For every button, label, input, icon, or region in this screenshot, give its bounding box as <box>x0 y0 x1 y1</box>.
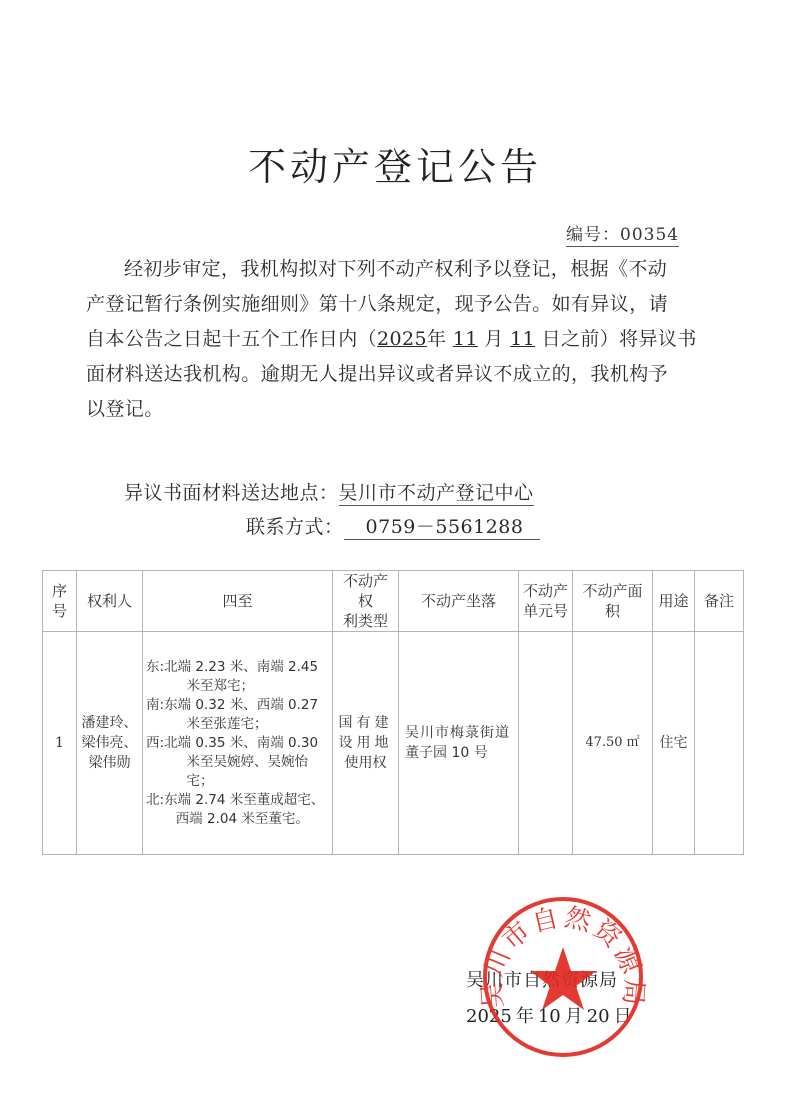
issue-date: 2025年10月20日 <box>466 1002 636 1028</box>
issue-date-day: 20 <box>587 1006 610 1027</box>
svg-text:吴川市自然资源局: 吴川市自然资源局 <box>478 903 648 1010</box>
boundary-north-cont: 西端 2.04 米至董宅。 <box>176 810 329 829</box>
cell-holders: 潘建玲、 梁伟亮、 梁伟勋 <box>77 632 143 855</box>
header-usage: 用途 <box>653 571 695 632</box>
table-row: 1 潘建玲、 梁伟亮、 梁伟勋 东:北端 2.23 米、南端 2.45米至郑宅；… <box>43 632 744 855</box>
deadline-day: 11 <box>510 328 535 350</box>
document-number: 编号：00354 <box>566 220 679 247</box>
location-line-1: 吴川市梅菉街道 <box>405 723 515 743</box>
page-title: 不动产登记公告 <box>0 136 790 191</box>
boundary-south-cont: 米至张莲宅； <box>176 715 329 734</box>
header-unit-no-line-1: 不动产 <box>522 581 569 601</box>
boundary-east: 东:北端 2.23 米、南端 2.45米至郑宅； <box>146 658 329 696</box>
boundary-west-cont: 米至吴婉婷、吴婉怡宅； <box>176 753 329 791</box>
notice-body: 经初步审定，我机构拟对下列不动产权利予以登记，根据《不动 产登记暂行条例实施细则… <box>86 252 712 427</box>
header-holder: 权利人 <box>77 571 143 632</box>
boundary-west: 西:北端 0.35 米、南端 0.30米至吴婉婷、吴婉怡宅； <box>146 734 329 791</box>
right-type-line-1: 国有建 <box>336 713 395 733</box>
month-label: 月 <box>484 328 503 350</box>
contact-info: 联系方式：0759－5561288 <box>246 512 540 540</box>
cell-boundaries: 东:北端 2.23 米、南端 2.45米至郑宅； 南:东端 0.32 米、西端 … <box>143 632 333 855</box>
issue-date-year: 2025 <box>466 1006 512 1027</box>
body-line-2: 产登记暂行条例实施细则》第十八条规定，现予公告。如有异议，请 <box>86 287 712 322</box>
holder-2: 梁伟亮、 <box>80 733 139 753</box>
header-right-type-line-2: 利类型 <box>336 611 395 631</box>
header-unit-no-line-2: 单元号 <box>522 601 569 621</box>
boundary-north: 北:东端 2.74 米至董成超宅、西端 2.04 米至董宅。 <box>146 791 329 829</box>
holder-3: 梁伟勋 <box>80 753 139 773</box>
body-line-4: 面材料送达我机构。逾期无人提出异议或者异议不成立的，我机构予 <box>86 357 712 392</box>
header-right-type-line-1: 不动产权 <box>336 571 395 611</box>
issue-date-year-label: 年 <box>516 1006 534 1027</box>
cell-area: 47.50 ㎡ <box>573 632 653 855</box>
holder-1: 潘建玲、 <box>80 713 139 733</box>
boundary-east-text: 北端 2.23 米、南端 2.45 <box>164 659 318 675</box>
boundary-east-cont: 米至郑宅； <box>176 677 329 696</box>
header-remarks: 备注 <box>695 571 744 632</box>
boundary-north-dir: 北: <box>146 792 164 808</box>
boundary-east-dir: 东: <box>146 659 164 675</box>
contact-phone: 0759－5561288 <box>344 512 540 540</box>
header-unit-no: 不动产单元号 <box>519 571 573 632</box>
body-line-3-suffix: 日之前）将异议书 <box>542 328 697 350</box>
cell-right-type: 国有建 设用地 使用权 <box>333 632 399 855</box>
boundary-south-dir: 南: <box>146 697 164 713</box>
document-number-value: 00354 <box>620 225 679 245</box>
issuer-name: 吴川市自然资源局 <box>466 966 618 992</box>
cell-unit-no <box>519 632 573 855</box>
document-number-label: 编号： <box>566 225 620 245</box>
right-type-line-3: 使用权 <box>336 753 395 773</box>
cell-seq: 1 <box>43 632 77 855</box>
cell-location: 吴川市梅菉街道 董子园 10 号 <box>399 632 519 855</box>
objection-address: 异议书面材料送达地点：吴川市不动产登记中心 <box>124 478 534 505</box>
body-line-3: 自本公告之日起十五个工作日内（2025年 11 月 11 日之前）将异议书 <box>86 322 712 357</box>
body-line-5: 以登记。 <box>86 392 712 427</box>
boundary-west-text: 北端 0.35 米、南端 0.30 <box>164 735 318 751</box>
boundary-south: 南:东端 0.32 米、西端 0.27米至张莲宅； <box>146 696 329 734</box>
boundary-north-text: 东端 2.74 米至董成超宅、 <box>164 792 324 808</box>
body-line-1: 经初步审定，我机构拟对下列不动产权利予以登记，根据《不动 <box>86 252 712 287</box>
boundary-south-text: 东端 0.32 米、西端 0.27 <box>164 697 318 713</box>
header-boundaries: 四至 <box>143 571 333 632</box>
deadline-year: 2025 <box>377 328 427 350</box>
issue-date-day-label: 日 <box>614 1006 632 1027</box>
objection-address-label: 异议书面材料送达地点： <box>124 482 339 504</box>
header-right-type: 不动产权利类型 <box>333 571 399 632</box>
header-seq: 序号 <box>43 571 77 632</box>
cell-remarks <box>695 632 744 855</box>
right-type-line-2: 设用地 <box>336 733 395 753</box>
deadline-month: 11 <box>453 328 478 350</box>
location-line-2: 董子园 10 号 <box>405 743 515 763</box>
body-line-3-prefix: 自本公告之日起十五个工作日内（ <box>86 328 377 350</box>
objection-address-value: 吴川市不动产登记中心 <box>339 482 534 506</box>
header-area: 不动产面积 <box>573 571 653 632</box>
issue-date-month: 10 <box>538 1006 561 1027</box>
contact-label: 联系方式： <box>246 516 344 538</box>
year-label: 年 <box>427 328 446 350</box>
issue-date-month-label: 月 <box>565 1006 583 1027</box>
table-header-row: 序号 权利人 四至 不动产权利类型 不动产坐落 不动产单元号 不动产面积 用途 … <box>43 571 744 632</box>
cell-usage: 住宅 <box>653 632 695 855</box>
boundary-west-dir: 西: <box>146 735 164 751</box>
registration-table: 序号 权利人 四至 不动产权利类型 不动产坐落 不动产单元号 不动产面积 用途 … <box>42 570 744 855</box>
header-location: 不动产坐落 <box>399 571 519 632</box>
